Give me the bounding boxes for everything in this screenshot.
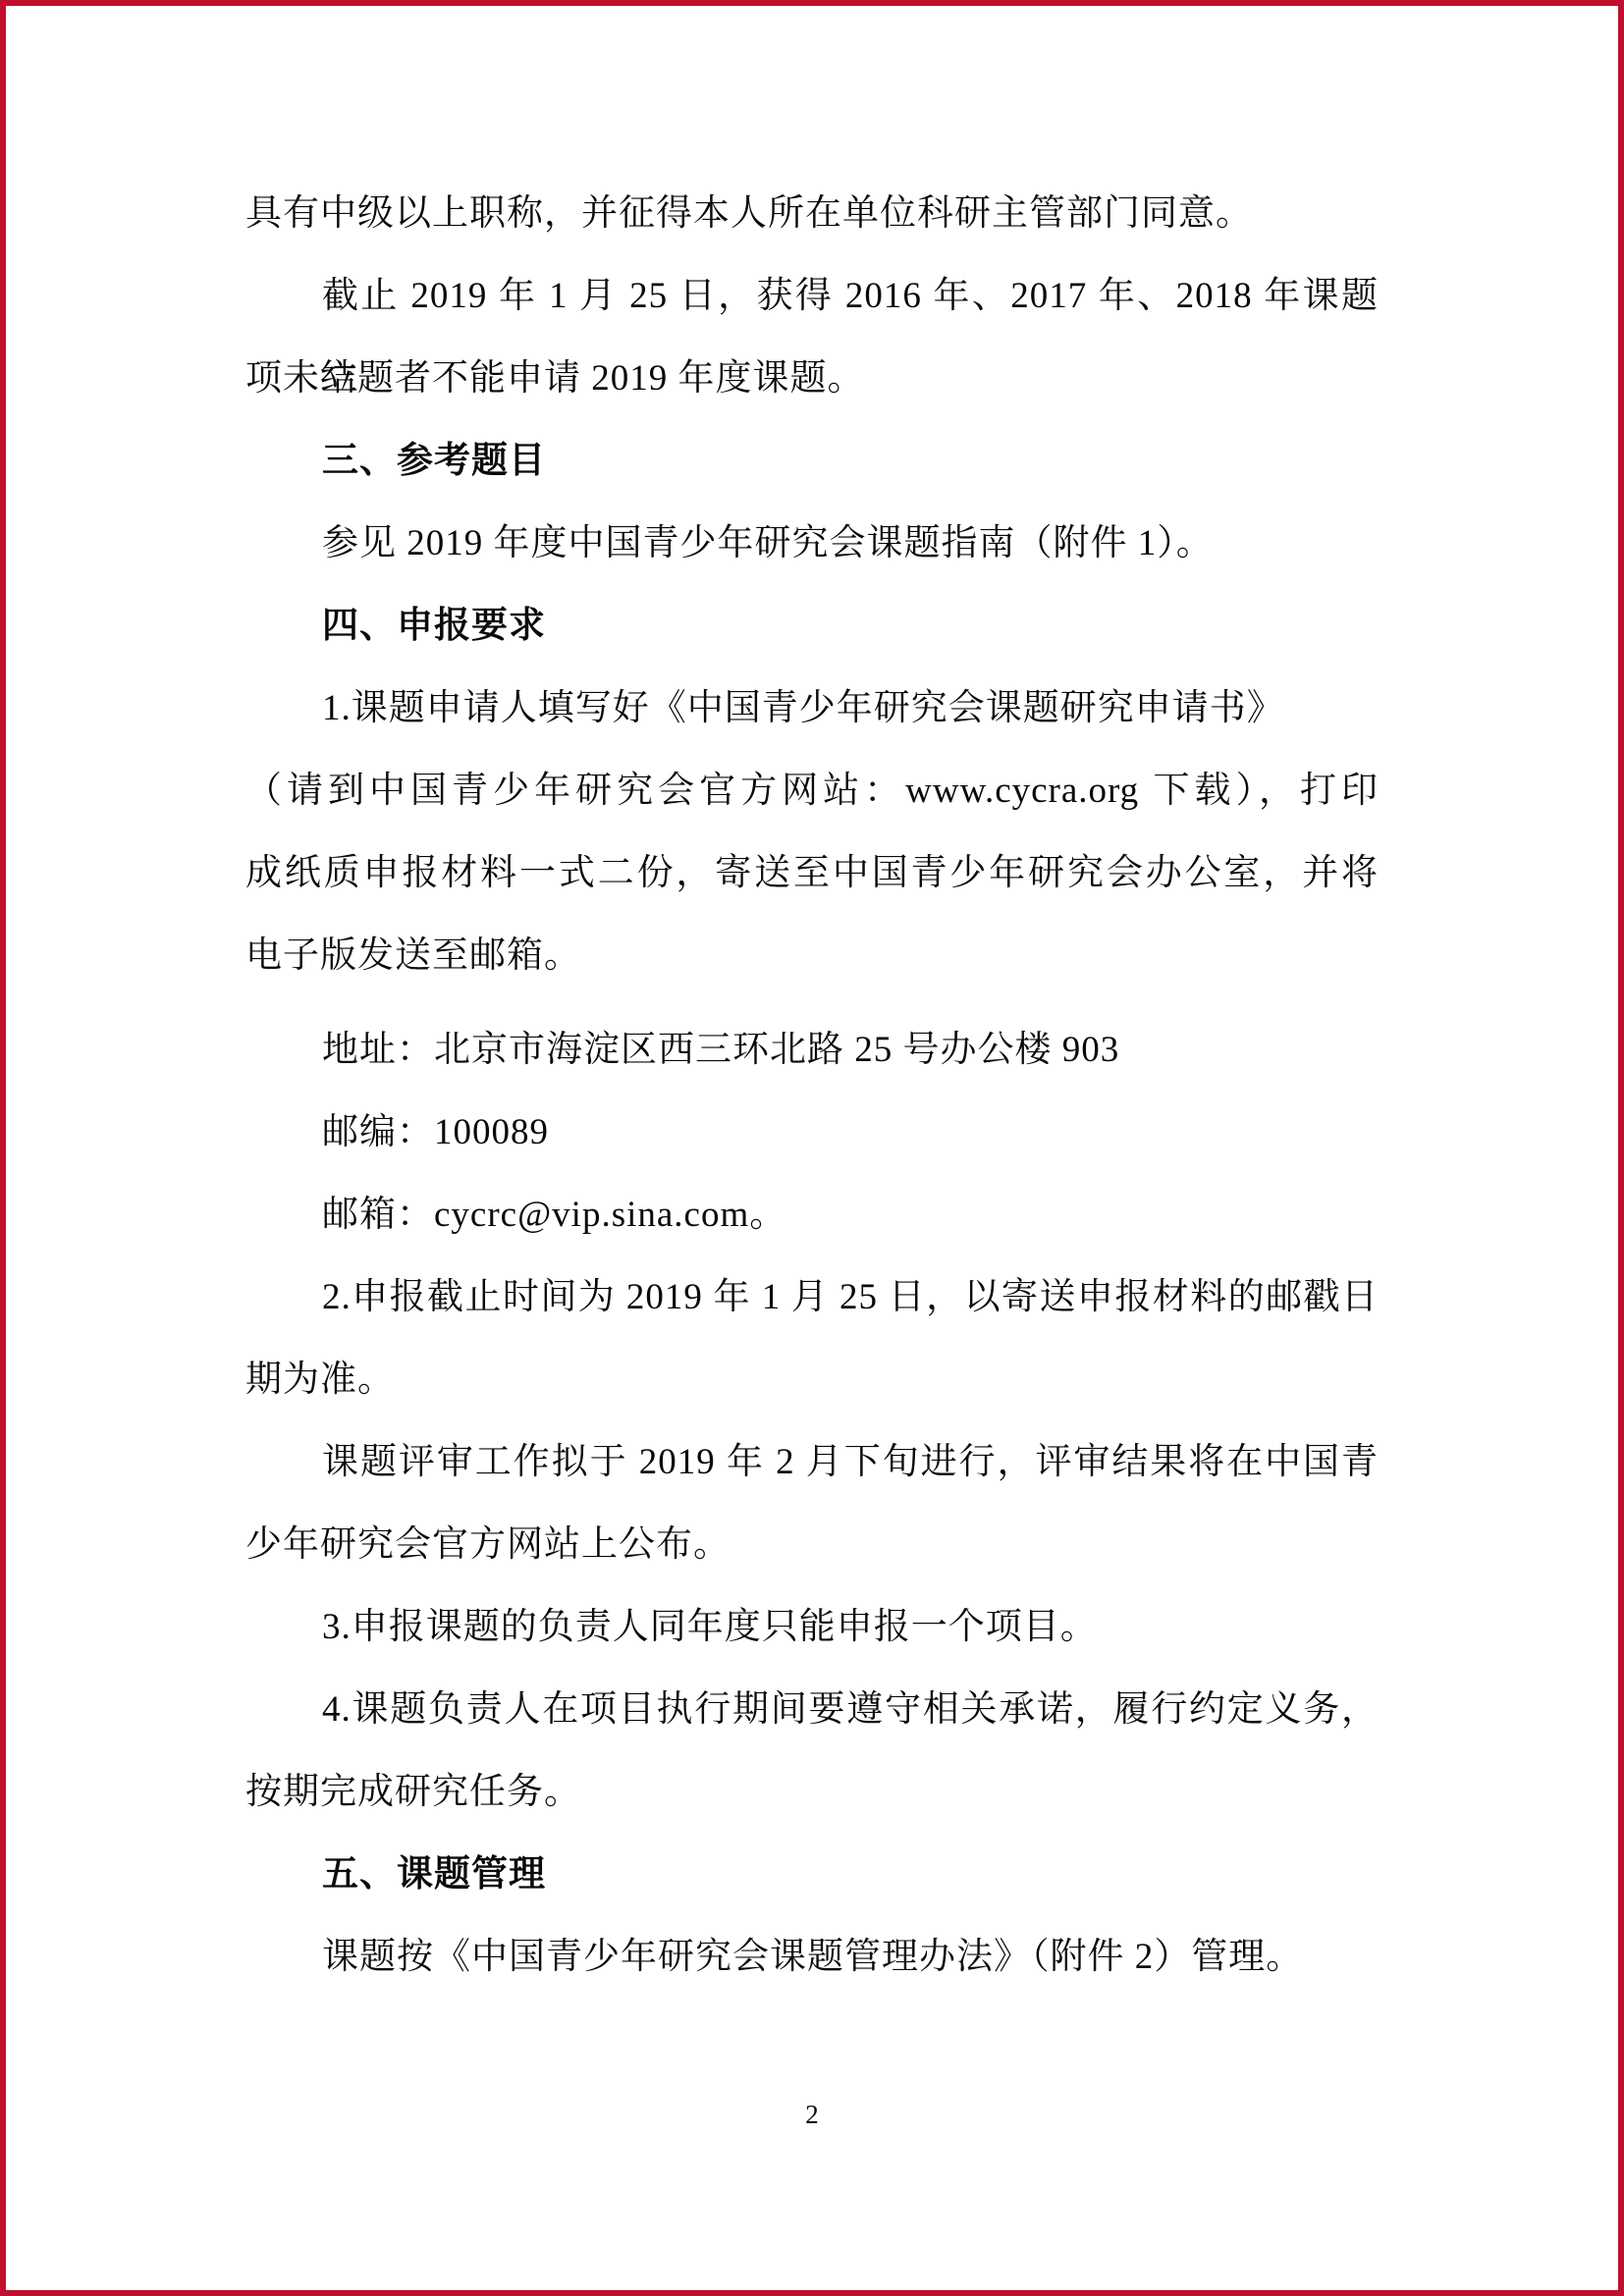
text-line: 按期完成研究任务。: [245, 1751, 1379, 1834]
text-line: 少年研究会官方网站上公布。: [245, 1504, 1379, 1586]
text-line: 3.申报课题的负责人同年度只能申报一个项目。: [245, 1586, 1379, 1669]
section-heading: 四、申报要求: [245, 585, 1379, 667]
text-line: （请到中国青少年研究会官方网站：www.cycra.org 下载），打印: [245, 750, 1379, 832]
email-line: 邮箱：cycrc@vip.sina.com。: [245, 1174, 1379, 1256]
text-line: 项未结题者不能申请 2019 年度课题。: [245, 338, 1379, 420]
text-line: 电子版发送至邮箱。: [245, 915, 1379, 997]
document-page: { "page": { "background": "#ffffff", "bo…: [0, 0, 1624, 2296]
address-line: 地址：北京市海淀区西三环北路 25 号办公楼 903: [245, 1009, 1379, 1092]
document-body: 具有中级以上职称，并征得本人所在单位科研主管部门同意。 截止 2019 年 1 …: [245, 173, 1379, 1999]
text-line: 期为准。: [245, 1339, 1379, 1421]
text-line: 成纸质申报材料一式二份，寄送至中国青少年研究会办公室，并将: [245, 832, 1379, 915]
text-line: 1.课题申请人填写好《中国青少年研究会课题研究申请书》: [245, 667, 1379, 750]
page-number: 2: [0, 2099, 1624, 2130]
text-line: 截止 2019 年 1 月 25 日，获得 2016 年、2017 年、2018…: [245, 255, 1379, 338]
text-line: 2.申报截止时间为 2019 年 1 月 25 日，以寄送申报材料的邮戳日: [245, 1256, 1379, 1339]
text-line: 课题评审工作拟于 2019 年 2 月下旬进行，评审结果将在中国青: [245, 1421, 1379, 1504]
text-line: 4.课题负责人在项目执行期间要遵守相关承诺，履行约定义务，: [245, 1669, 1379, 1751]
text-line: 具有中级以上职称，并征得本人所在单位科研主管部门同意。: [245, 173, 1379, 255]
text-line: 参见 2019 年度中国青少年研究会课题指南（附件 1）。: [245, 503, 1379, 585]
section-heading: 五、课题管理: [245, 1834, 1379, 1916]
postcode-line: 邮编：100089: [245, 1092, 1379, 1174]
section-heading: 三、参考题目: [245, 420, 1379, 503]
text-line: 课题按《中国青少年研究会课题管理办法》（附件 2）管理。: [245, 1916, 1379, 1999]
